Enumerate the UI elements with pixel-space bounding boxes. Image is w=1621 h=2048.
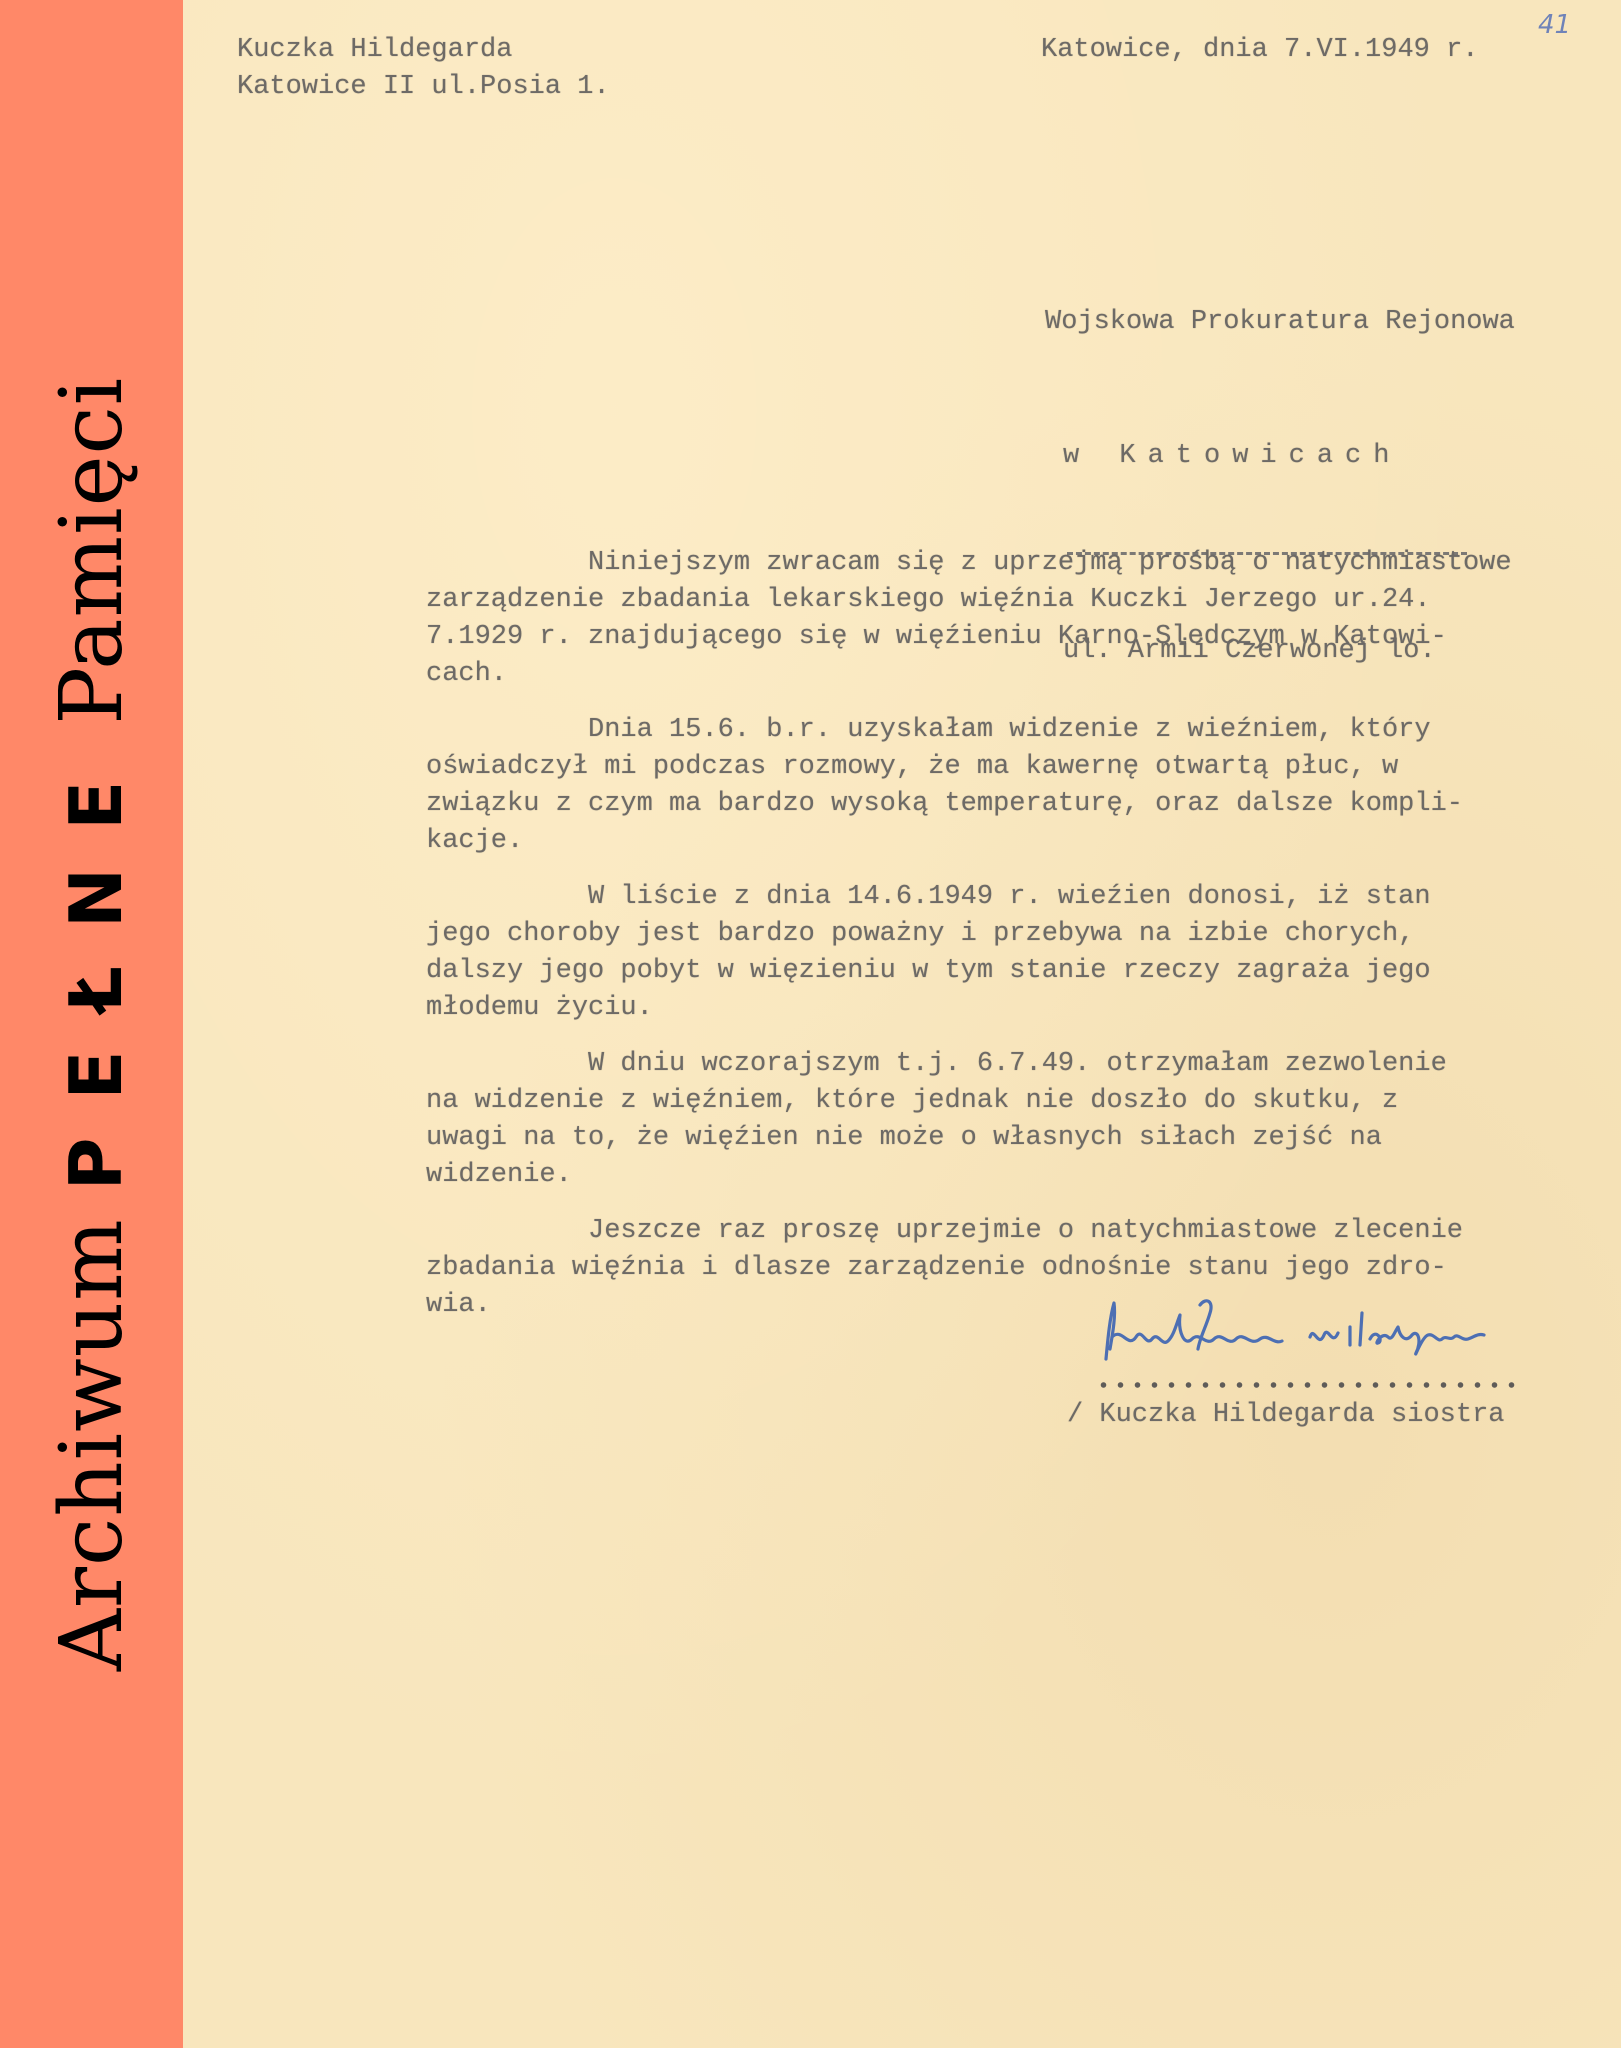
letter-page: Kuczka Hildegarda Katowice II ul.Posia 1… xyxy=(183,0,1621,2048)
body-line: Dnia 15.6. b.r. uzyskałam widzenie z wie… xyxy=(426,712,1606,749)
body-line: kacje. xyxy=(426,823,1606,860)
recipient-city: w Katowicach xyxy=(1063,438,1515,474)
body-line: zarządzenie zbadania lekarskiego więźnia… xyxy=(426,582,1606,619)
body-line: Niniejszym zwracam się z uprzejmą prośbą… xyxy=(426,545,1606,582)
paragraph-visit: Dnia 15.6. b.r. uzyskałam widzenie z wie… xyxy=(426,712,1606,860)
sender-block: Kuczka Hildegarda Katowice II ul.Posia 1… xyxy=(237,32,610,106)
paragraph-letter: W liście z dnia 14.6.1949 r. wieźien don… xyxy=(426,879,1606,1027)
signature-scribble-icon xyxy=(1088,1297,1608,1367)
body-line: W liście z dnia 14.6.1949 r. wieźien don… xyxy=(426,879,1606,916)
archive-sidebar-banner: Archiwum PEŁNE Pamięci xyxy=(0,0,183,2048)
body-line: dalszy jego pobyt w więzieniu w tym stan… xyxy=(426,953,1606,990)
body-line: Jeszcze raz proszę uprzejmie o natychmia… xyxy=(426,1213,1606,1250)
signature-dotted-line xyxy=(1095,1381,1515,1389)
body-line: zbadania więźnia i dlasze zarządzenie od… xyxy=(426,1250,1606,1287)
body-line: widzenie. xyxy=(426,1157,1606,1194)
logo-word-pelne: PEŁNE xyxy=(60,743,132,1191)
body-line: uwagi na to, że więźien nie może o własn… xyxy=(426,1120,1606,1157)
handwritten-signature xyxy=(1088,1297,1608,1367)
place-and-date: Katowice, dnia 7.VI.1949 r. xyxy=(1041,32,1478,69)
body-line: W dniu wczorajszym t.j. 6.7.49. otrzymał… xyxy=(426,1046,1606,1083)
sender-name: Kuczka Hildegarda xyxy=(237,35,512,65)
logo-word-archiwum: Archiwum xyxy=(49,1218,135,1671)
body-line: oświadczył mi podczas rozmowy, że ma kaw… xyxy=(426,749,1606,786)
paragraph-request: Niniejszym zwracam się z uprzejmą prośbą… xyxy=(426,545,1606,693)
body-line: 7.1929 r. znajdującego się w więźieniu K… xyxy=(426,619,1606,656)
body-line: na widzenie z więźniem, które jednak nie… xyxy=(426,1083,1606,1120)
letter-body: Niniejszym zwracam się z uprzejmą prośbą… xyxy=(426,545,1606,1343)
handwritten-page-number: 41 xyxy=(1538,10,1571,40)
body-line: cach. xyxy=(426,656,1606,693)
body-line: młodemu życiu. xyxy=(426,990,1606,1027)
recipient-institution: Wojskowa Prokuratura Rejonowa xyxy=(1045,304,1515,340)
body-line: związku z czym ma bardzo wysoką temperat… xyxy=(426,786,1606,823)
body-line: jego choroby jest bardzo poważny i przeb… xyxy=(426,916,1606,953)
archive-logo-text: Archiwum PEŁNE Pamięci xyxy=(49,377,135,1671)
sender-address: Katowice II ul.Posia 1. xyxy=(237,72,610,102)
paragraph-permission: W dniu wczorajszym t.j. 6.7.49. otrzymał… xyxy=(426,1046,1606,1194)
typed-signer-name: / Kuczka Hildegarda siostra xyxy=(1067,1397,1504,1434)
logo-word-pamieci: Pamięci xyxy=(49,377,135,725)
